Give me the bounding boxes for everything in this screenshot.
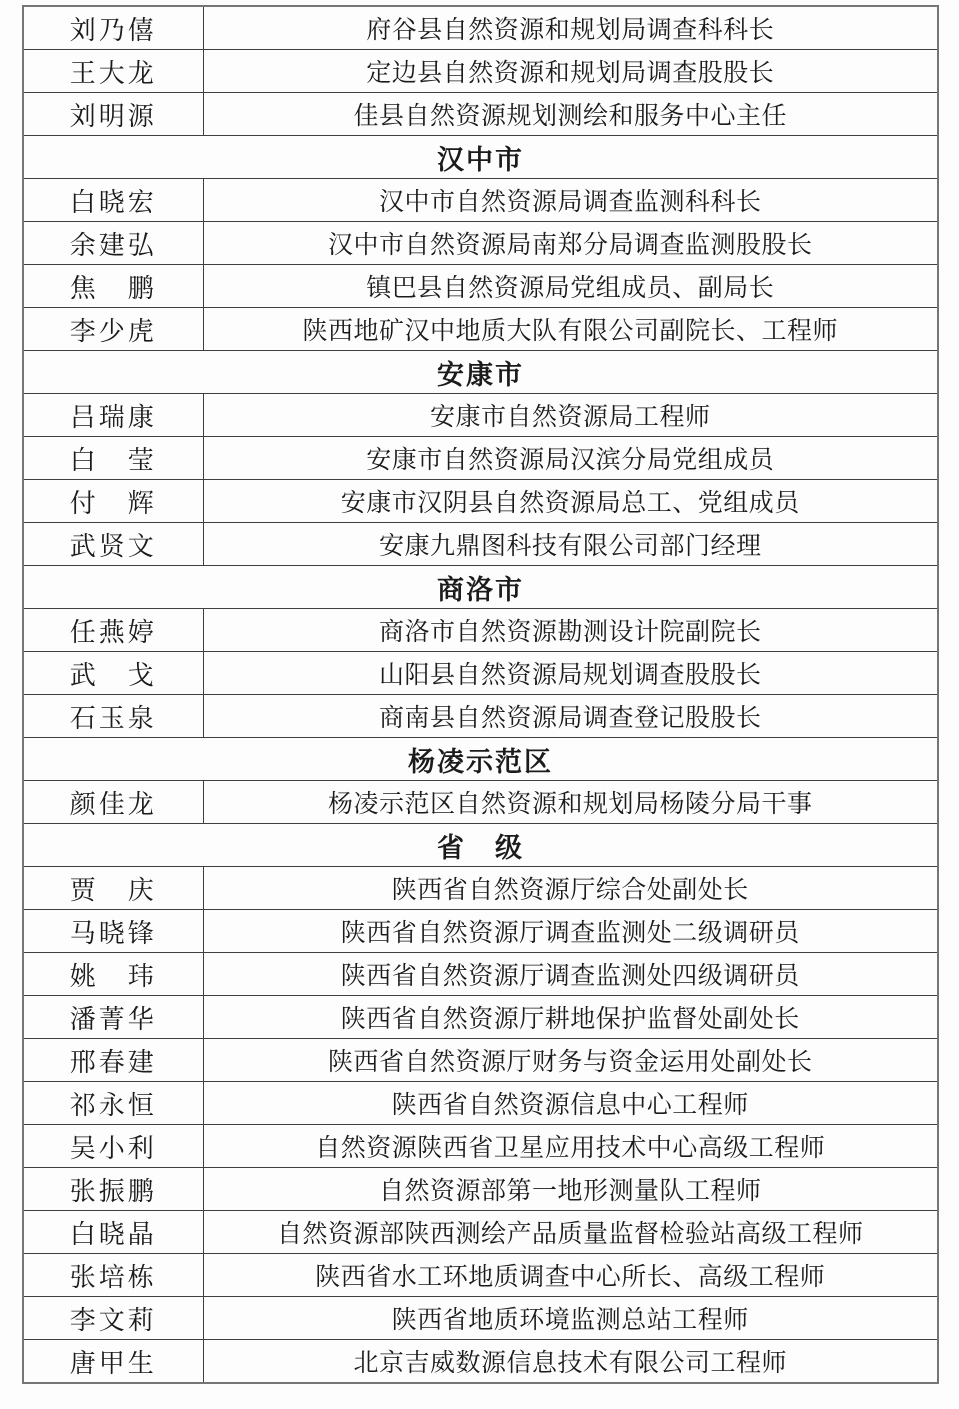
name-cell: 李文莉 xyxy=(23,1297,203,1340)
name-cell: 刘乃僖 xyxy=(23,6,203,50)
section-label: 省 级 xyxy=(23,824,938,867)
scanned-roster-page: { "colors": { "background": "#fdfdfd", "… xyxy=(0,0,959,1409)
table-row: 刘明源佳县自然资源规划测绘和服务中心主任 xyxy=(23,93,938,136)
table-row: 张振鹏自然资源部第一地形测量队工程师 xyxy=(23,1168,938,1211)
table-row: 余建弘汉中市自然资源局南郑分局调查监测股股长 xyxy=(23,222,938,265)
section-label: 汉中市 xyxy=(23,136,938,179)
title-cell: 商洛市自然资源勘测设计院副院长 xyxy=(203,609,938,652)
title-cell: 安康九鼎图科技有限公司部门经理 xyxy=(203,523,938,566)
title-cell: 佳县自然资源规划测绘和服务中心主任 xyxy=(203,93,938,136)
name-cell: 石玉泉 xyxy=(23,695,203,738)
table-row: 武 戈山阳县自然资源局规划调查股股长 xyxy=(23,652,938,695)
table-row: 祁永恒陕西省自然资源信息中心工程师 xyxy=(23,1082,938,1125)
name-cell: 祁永恒 xyxy=(23,1082,203,1125)
name-cell: 武 戈 xyxy=(23,652,203,695)
table-row: 颜佳龙杨凌示范区自然资源和规划局杨陵分局干事 xyxy=(23,781,938,824)
section-row: 商洛市 xyxy=(23,566,938,609)
title-cell: 陕西省自然资源厅调查监测处四级调研员 xyxy=(203,953,938,996)
roster-body: 刘乃僖府谷县自然资源和规划局调查科科长王大龙定边县自然资源和规划局调查股股长刘明… xyxy=(23,6,938,1383)
table-row: 潘菁华陕西省自然资源厅耕地保护监督处副处长 xyxy=(23,996,938,1039)
name-cell: 姚 玮 xyxy=(23,953,203,996)
section-label: 杨凌示范区 xyxy=(23,738,938,781)
roster-table: 刘乃僖府谷县自然资源和规划局调查科科长王大龙定边县自然资源和规划局调查股股长刘明… xyxy=(22,5,939,1384)
table-row: 焦 鹏镇巴县自然资源局党组成员、副局长 xyxy=(23,265,938,308)
title-cell: 汉中市自然资源局南郑分局调查监测股股长 xyxy=(203,222,938,265)
table-row: 邢春建陕西省自然资源厅财务与资金运用处副处长 xyxy=(23,1039,938,1082)
section-row: 汉中市 xyxy=(23,136,938,179)
name-cell: 任燕婷 xyxy=(23,609,203,652)
title-cell: 安康市自然资源局汉滨分局党组成员 xyxy=(203,437,938,480)
title-cell: 自然资源部陕西测绘产品质量监督检验站高级工程师 xyxy=(203,1211,938,1254)
table-row: 吴小利自然资源陕西省卫星应用技术中心高级工程师 xyxy=(23,1125,938,1168)
name-cell: 邢春建 xyxy=(23,1039,203,1082)
table-row: 白 莹安康市自然资源局汉滨分局党组成员 xyxy=(23,437,938,480)
name-cell: 李少虎 xyxy=(23,308,203,351)
name-cell: 刘明源 xyxy=(23,93,203,136)
name-cell: 王大龙 xyxy=(23,50,203,93)
title-cell: 自然资源部第一地形测量队工程师 xyxy=(203,1168,938,1211)
section-row: 省 级 xyxy=(23,824,938,867)
title-cell: 山阳县自然资源局规划调查股股长 xyxy=(203,652,938,695)
name-cell: 潘菁华 xyxy=(23,996,203,1039)
name-cell: 焦 鹏 xyxy=(23,265,203,308)
table-row: 武贤文安康九鼎图科技有限公司部门经理 xyxy=(23,523,938,566)
table-row: 白晓晶自然资源部陕西测绘产品质量监督检验站高级工程师 xyxy=(23,1211,938,1254)
name-cell: 白晓晶 xyxy=(23,1211,203,1254)
table-row: 王大龙定边县自然资源和规划局调查股股长 xyxy=(23,50,938,93)
title-cell: 陕西地矿汉中地质大队有限公司副院长、工程师 xyxy=(203,308,938,351)
name-cell: 唐甲生 xyxy=(23,1340,203,1384)
name-cell: 白 莹 xyxy=(23,437,203,480)
name-cell: 张振鹏 xyxy=(23,1168,203,1211)
name-cell: 吕瑞康 xyxy=(23,394,203,437)
name-cell: 贾 庆 xyxy=(23,867,203,910)
title-cell: 陕西省自然资源厅耕地保护监督处副处长 xyxy=(203,996,938,1039)
title-cell: 北京吉威数源信息技术有限公司工程师 xyxy=(203,1340,938,1384)
table-row: 白晓宏汉中市自然资源局调查监测科科长 xyxy=(23,179,938,222)
title-cell: 陕西省地质环境监测总站工程师 xyxy=(203,1297,938,1340)
table-row: 张培栋陕西省水工环地质调查中心所长、高级工程师 xyxy=(23,1254,938,1297)
title-cell: 自然资源陕西省卫星应用技术中心高级工程师 xyxy=(203,1125,938,1168)
title-cell: 陕西省自然资源信息中心工程师 xyxy=(203,1082,938,1125)
table-row: 唐甲生北京吉威数源信息技术有限公司工程师 xyxy=(23,1340,938,1384)
section-row: 杨凌示范区 xyxy=(23,738,938,781)
name-cell: 马晓锋 xyxy=(23,910,203,953)
title-cell: 定边县自然资源和规划局调查股股长 xyxy=(203,50,938,93)
table-row: 李少虎陕西地矿汉中地质大队有限公司副院长、工程师 xyxy=(23,308,938,351)
section-label: 商洛市 xyxy=(23,566,938,609)
title-cell: 陕西省水工环地质调查中心所长、高级工程师 xyxy=(203,1254,938,1297)
title-cell: 府谷县自然资源和规划局调查科科长 xyxy=(203,6,938,50)
name-cell: 颜佳龙 xyxy=(23,781,203,824)
table-row: 石玉泉商南县自然资源局调查登记股股长 xyxy=(23,695,938,738)
table-row: 贾 庆陕西省自然资源厅综合处副处长 xyxy=(23,867,938,910)
table-row: 李文莉陕西省地质环境监测总站工程师 xyxy=(23,1297,938,1340)
name-cell: 余建弘 xyxy=(23,222,203,265)
title-cell: 陕西省自然资源厅综合处副处长 xyxy=(203,867,938,910)
name-cell: 付 辉 xyxy=(23,480,203,523)
section-row: 安康市 xyxy=(23,351,938,394)
title-cell: 镇巴县自然资源局党组成员、副局长 xyxy=(203,265,938,308)
table-row: 付 辉安康市汉阴县自然资源局总工、党组成员 xyxy=(23,480,938,523)
title-cell: 安康市自然资源局工程师 xyxy=(203,394,938,437)
name-cell: 吴小利 xyxy=(23,1125,203,1168)
table-row: 任燕婷商洛市自然资源勘测设计院副院长 xyxy=(23,609,938,652)
name-cell: 武贤文 xyxy=(23,523,203,566)
title-cell: 陕西省自然资源厅财务与资金运用处副处长 xyxy=(203,1039,938,1082)
table-row: 马晓锋陕西省自然资源厅调查监测处二级调研员 xyxy=(23,910,938,953)
table-row: 姚 玮陕西省自然资源厅调查监测处四级调研员 xyxy=(23,953,938,996)
table-row: 吕瑞康安康市自然资源局工程师 xyxy=(23,394,938,437)
name-cell: 白晓宏 xyxy=(23,179,203,222)
title-cell: 杨凌示范区自然资源和规划局杨陵分局干事 xyxy=(203,781,938,824)
title-cell: 商南县自然资源局调查登记股股长 xyxy=(203,695,938,738)
title-cell: 汉中市自然资源局调查监测科科长 xyxy=(203,179,938,222)
name-cell: 张培栋 xyxy=(23,1254,203,1297)
section-label: 安康市 xyxy=(23,351,938,394)
title-cell: 安康市汉阴县自然资源局总工、党组成员 xyxy=(203,480,938,523)
table-row: 刘乃僖府谷县自然资源和规划局调查科科长 xyxy=(23,6,938,50)
title-cell: 陕西省自然资源厅调查监测处二级调研员 xyxy=(203,910,938,953)
